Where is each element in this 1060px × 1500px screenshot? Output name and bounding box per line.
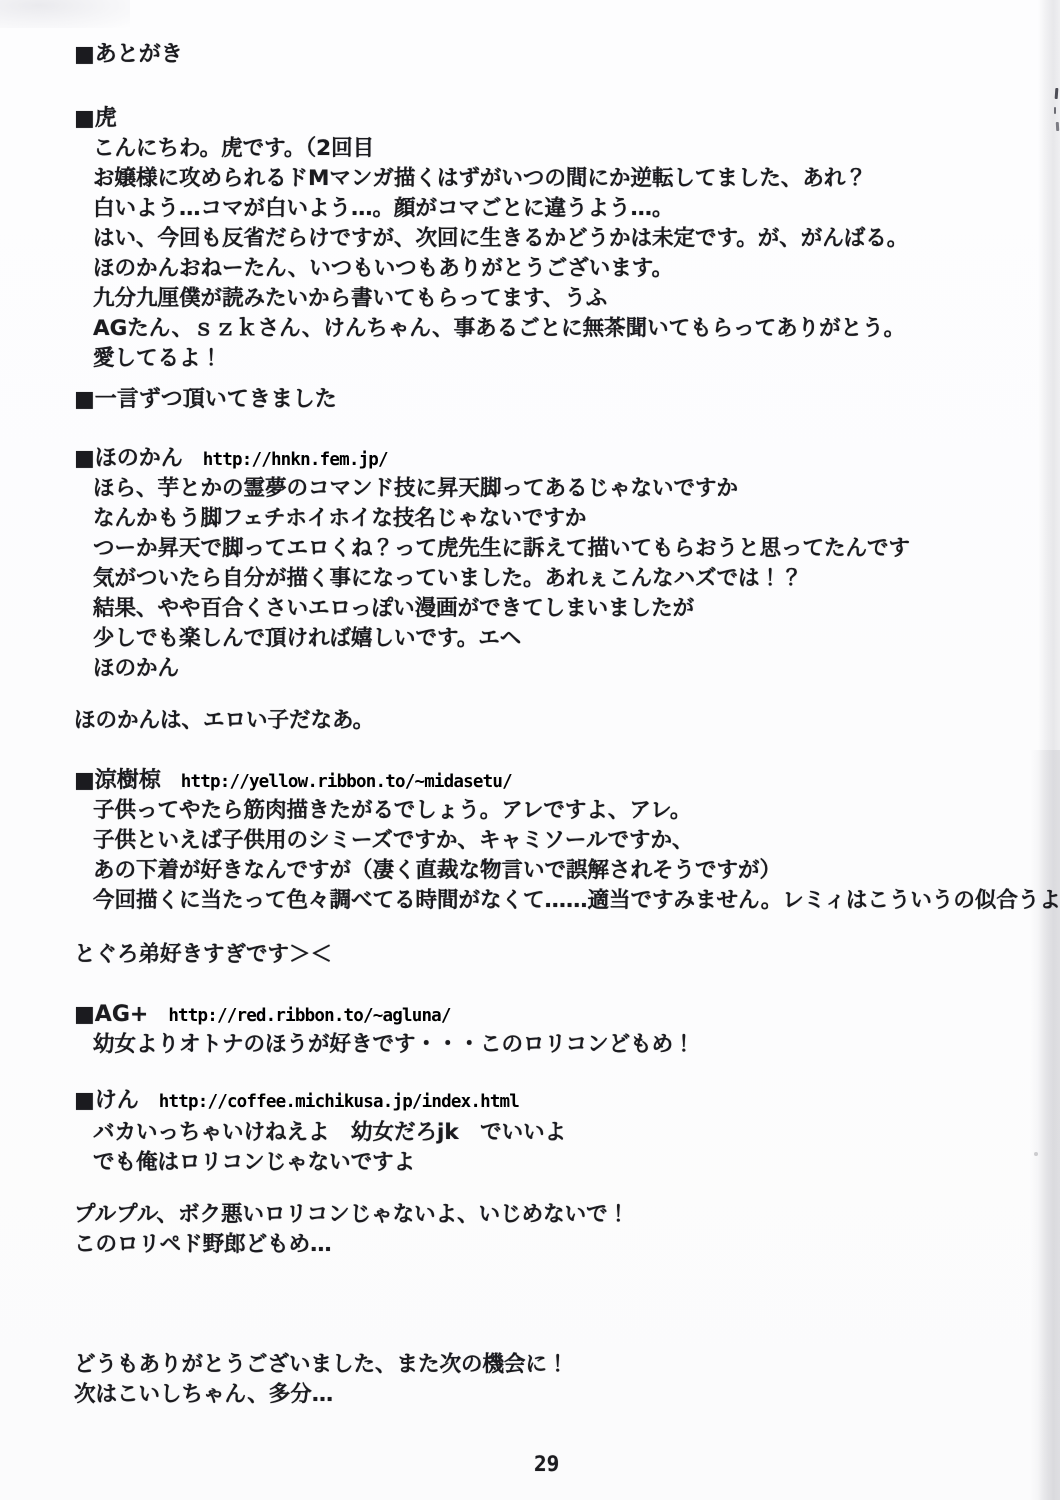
- honokan-message-line: つーか昇天で脚ってエロくね？って虎先生に訴えて描いてもらおうと思ってたんです: [93, 534, 910, 564]
- honokan-heading: ■ほのかん: [74, 444, 183, 474]
- scanned-afterword-page: ■あとがき ■虎 こんにちわ。虎です。（2回目 お嬢様に攻められるドMマンガ描く…: [0, 0, 1060, 1500]
- page-number: 29: [534, 1452, 559, 1476]
- tora-comment-line: ほのかんおねーたん、いつもいつもありがとうございます。: [93, 254, 908, 284]
- honokan-message-line: なんかもう脚フェチホイホイな技名じゃないですか: [93, 504, 910, 534]
- suzuki-reply: とぐろ弟好きすぎです＞＜: [74, 940, 332, 970]
- ken-message-line: バカいっちゃいけねえよ 幼女だろjk でいいよ: [93, 1118, 566, 1148]
- honokan-message-line: 気がついたら自分が描く事になっていました。あれぇこんなハズでは！？: [93, 564, 910, 594]
- tora-comment-block: こんにちわ。虎です。（2回目 お嬢様に攻められるドMマンガ描くはずがいつの間にか…: [93, 134, 908, 374]
- scan-speck: [1056, 122, 1059, 131]
- suzuki-message-line: 子供ってやたら筋肉描きたがるでしょう。アレですよ、アレ。: [93, 796, 1060, 826]
- tora-comment-line: AGたん、ｓｚｋさん、けんちゃん、事あるごとに無茶聞いてもらってありがとう。: [93, 314, 908, 344]
- honokan-message-block: ほら、芋とかの霊夢のコマンド技に昇天脚ってあるじゃないですか なんかもう脚フェチ…: [93, 474, 910, 684]
- suzuki-heading-row: ■涼樹椋 http://yellow.ribbon.to/~midasetu/: [74, 766, 512, 796]
- suzuki-message-line: あの下着が好きなんですが（凄く直裁な物言いで誤解されそうですが）: [93, 856, 1060, 886]
- tora-comment-line: 白いよう…コマが白いよう…。顔がコマごとに違うよう…。: [93, 194, 908, 224]
- suzuki-heading: ■涼樹椋: [74, 766, 161, 796]
- honokan-message-line: 少しでも楽しんで頂ければ嬉しいです。エヘ: [93, 624, 910, 654]
- suzuki-message-line: 子供といえば子供用のシミーズですか、キャミソールですか、: [93, 826, 1060, 856]
- suzuki-message-block: 子供ってやたら筋肉描きたがるでしょう。アレですよ、アレ。 子供といえば子供用のシ…: [93, 796, 1060, 916]
- ken-reply-line: プルプル、ボク悪いロリコンじゃないよ、いじめないで！: [74, 1200, 629, 1230]
- honokan-message-line: ほのかん: [93, 654, 910, 684]
- honokan-message-line: ほら、芋とかの霊夢のコマンド技に昇天脚ってあるじゃないですか: [93, 474, 910, 504]
- ken-message-line: でも俺はロリコンじゃないですよ: [93, 1148, 566, 1178]
- ag-url: http://red.ribbon.to/~agluna/: [168, 1006, 450, 1026]
- tora-comment-line: こんにちわ。虎です。（2回目: [93, 134, 908, 164]
- closing-line: どうもありがとうございました、また次の機会に！: [74, 1350, 569, 1380]
- honokan-message-line: 結果、やや百合くさいエロっぽい漫画ができてしまいましたが: [93, 594, 910, 624]
- ag-heading: ■AG+: [74, 1000, 148, 1030]
- tora-comment-line: 愛してるよ！: [93, 344, 908, 374]
- ag-message-line: 幼女よりオトナのほうが好きです・・・このロリコンどもめ！: [93, 1030, 695, 1060]
- scan-speck: [1054, 107, 1056, 114]
- tora-comment-line: 九分九厘僕が読みたいから書いてもらってます、うふ: [93, 284, 908, 314]
- honokan-url: http://hnkn.fem.jp/: [203, 450, 388, 470]
- scan-corner-smudge: [0, 0, 130, 28]
- tora-comment-line: はい、今回も反省だらけですが、次回に生きるかどうかは未定です。が、がんばる。: [93, 224, 908, 254]
- tora-comment-line: お嬢様に攻められるドMマンガ描くはずがいつの間にか逆転してました、あれ？: [93, 164, 908, 194]
- closing-line: 次はこいしちゃん、多分…: [74, 1380, 569, 1410]
- tora-section-heading: ■虎: [74, 104, 117, 134]
- ken-reply-block: プルプル、ボク悪いロリコンじゃないよ、いじめないで！ このロリペド野郎どもめ…: [74, 1200, 629, 1260]
- closing-block: どうもありがとうございました、また次の機会に！ 次はこいしちゃん、多分…: [74, 1350, 569, 1410]
- ken-url: http://coffee.michikusa.jp/index.html: [159, 1092, 519, 1112]
- suzuki-message-line: 今回描くに当たって色々調べてる時間がなくて……適当ですみません。レミィはこういう…: [93, 886, 1060, 916]
- ken-heading: ■けん: [74, 1086, 139, 1116]
- honokan-reply: ほのかんは、エロい子だなあ。: [74, 706, 374, 736]
- ken-heading-row: ■けん http://coffee.michikusa.jp/index.htm…: [74, 1086, 519, 1116]
- scan-speck: [1034, 1152, 1038, 1156]
- afterword-heading: ■あとがき: [74, 40, 183, 70]
- ken-reply-line: このロリペド野郎どもめ…: [74, 1230, 629, 1260]
- messages-heading: ■一言ずつ頂いてきました: [74, 385, 337, 415]
- honokan-heading-row: ■ほのかん http://hnkn.fem.jp/: [74, 444, 388, 474]
- suzuki-url: http://yellow.ribbon.to/~midasetu/: [181, 772, 512, 792]
- ag-message-block: 幼女よりオトナのほうが好きです・・・このロリコンどもめ！: [93, 1030, 695, 1060]
- ag-heading-row: ■AG+ http://red.ribbon.to/~agluna/: [74, 1000, 451, 1030]
- ken-message-block: バカいっちゃいけねえよ 幼女だろjk でいいよ でも俺はロリコンじゃないですよ: [93, 1118, 566, 1178]
